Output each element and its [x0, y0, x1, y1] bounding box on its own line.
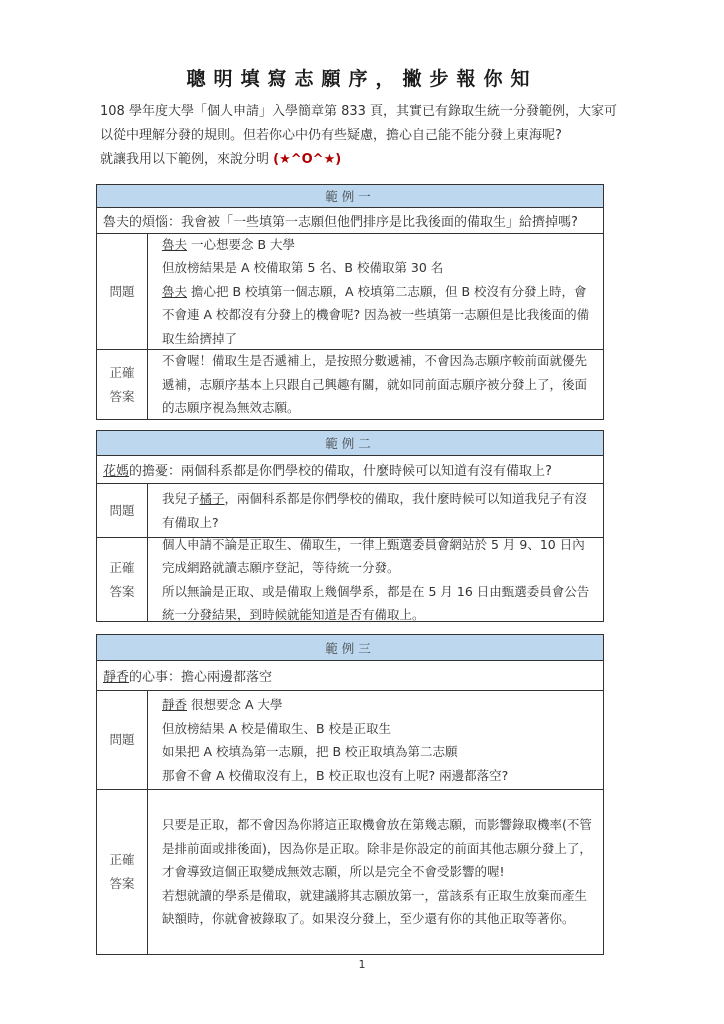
- answer-body: 不會喔！備取生是否遞補上，是按照分數遞補，不會因為志願序較前面就優先遞補，志願序…: [148, 350, 603, 419]
- question-line: 魯夫 擔心把 B 校填第一個志願，A 校填第二志願，但 B 校沒有分發上時，會不…: [162, 280, 597, 351]
- answer-label: 正確 答案: [97, 350, 148, 419]
- question-body: 我兒子橘子，兩個科系都是你們學校的備取，我什麼時候可以知道我兒子有沒有備取上?: [148, 484, 603, 537]
- character-name: 魯夫: [162, 237, 187, 252]
- section-header: 範例二: [97, 431, 603, 456]
- answer-row: 正確 答案 不會喔！備取生是否遞補上，是按照分數遞補，不會因為志願序較前面就優先…: [97, 349, 603, 419]
- answer-label-line-1: 正確: [109, 848, 134, 872]
- page-number: 1: [0, 958, 724, 971]
- answer-body: 只要是正取，都不會因為你將這正取機會放在第幾志願，而影響錄取機率(不管是排前面或…: [148, 790, 603, 954]
- section-subtitle: 花媽的擔憂：兩個科系都是你們學校的備取，什麼時候可以知道有沒有備取上?: [97, 456, 603, 484]
- character-name: 魯夫: [162, 284, 187, 299]
- answer-label-line-1: 正確: [109, 361, 134, 385]
- question-text: 我兒子: [162, 491, 200, 506]
- question-line: 那會不會 A 校備取沒有上，B 校正取也沒有上呢? 兩邊都落空?: [162, 764, 597, 788]
- question-line: 但放榜結果是 A 校備取第 5 名、B 校備取第 30 名: [162, 256, 597, 280]
- question-text: ，兩個科系都是你們學校的備取，我什麼時候可以知道我兒子有沒有備取上?: [162, 491, 587, 530]
- document-title: 聰明填寫志願序，撇步報你知: [0, 64, 724, 91]
- section-subtitle: 靜香的心事：擔心兩邊都落空: [97, 661, 603, 691]
- question-text: 一心想要念 B 大學: [187, 237, 295, 252]
- intro-line-2: 以從中理解分發的規則。但若你心中仍有些疑慮，擔心自己能不能分發上東海呢?: [100, 124, 620, 148]
- intro-line-3: 就讓我用以下範例，來說分明 (★^O^★): [100, 148, 620, 172]
- subtitle-text: 的心事：擔心兩邊都落空: [129, 666, 272, 685]
- question-row: 問題 靜香 很想要念 A 大學 但放榜結果 A 校是備取生、B 校是正取生 如果…: [97, 691, 603, 789]
- question-text: 很想要念 A 大學: [187, 697, 282, 712]
- answer-text: 個人申請不論是正取生、備取生，一律上甄選委員會網站於 5 月 9、10 日內完成…: [162, 533, 597, 580]
- intro-paragraph: 108 學年度大學「個人申請」入學簡章第 833 頁，其實已有錄取生統一分發範例…: [100, 100, 620, 172]
- section-header: 範例三: [97, 635, 603, 661]
- answer-text: 所以無論是正取、或是備取上幾個學系，都是在 5 月 16 日由甄選委員會公告統一…: [162, 580, 597, 627]
- answer-label: 正確 答案: [97, 538, 148, 621]
- answer-label-line-1: 正確: [109, 556, 134, 580]
- question-row: 問題 魯夫 一心想要念 B 大學 但放榜結果是 A 校備取第 5 名、B 校備取…: [97, 234, 603, 349]
- question-body: 魯夫 一心想要念 B 大學 但放榜結果是 A 校備取第 5 名、B 校備取第 3…: [148, 234, 603, 349]
- character-name: 花媽: [103, 460, 129, 479]
- question-body: 靜香 很想要念 A 大學 但放榜結果 A 校是備取生、B 校是正取生 如果把 A…: [148, 691, 603, 789]
- example-section-2: 範例二 花媽的擔憂：兩個科系都是你們學校的備取，什麼時候可以知道有沒有備取上? …: [96, 430, 604, 622]
- question-line: 魯夫 一心想要念 B 大學: [162, 233, 597, 257]
- subtitle-text: 的擔憂：兩個科系都是你們學校的備取，什麼時候可以知道有沒有備取上?: [129, 460, 552, 479]
- section-subtitle: 魯夫的煩惱：我會被「一些填第一志願但他們排序是比我後面的備取生」給擠掉嗎?: [97, 208, 603, 234]
- answer-label: 正確 答案: [97, 790, 148, 954]
- question-line: 如果把 A 校填為第一志願，把 B 校正取填為第二志願: [162, 740, 597, 764]
- question-line: 但放榜結果 A 校是備取生、B 校是正取生: [162, 717, 597, 741]
- section-header: 範例一: [97, 185, 603, 208]
- character-name: 靜香: [162, 697, 187, 712]
- answer-label-line-2: 答案: [109, 385, 134, 409]
- intro-line-1: 108 學年度大學「個人申請」入學簡章第 833 頁，其實已有錄取生統一分發範例…: [100, 100, 620, 124]
- character-name: 橘子: [200, 491, 225, 506]
- example-section-3: 範例三 靜香的心事：擔心兩邊都落空 問題 靜香 很想要念 A 大學 但放榜結果 …: [96, 634, 604, 955]
- question-line: 我兒子橘子，兩個科系都是你們學校的備取，我什麼時候可以知道我兒子有沒有備取上?: [162, 487, 597, 534]
- question-label: 問題: [97, 691, 148, 789]
- question-text: 擔心把 B 校填第一個志願，A 校填第二志願，但 B 校沒有分發上時，會不會連 …: [162, 284, 589, 346]
- intro-line-3-text: 就讓我用以下範例，來說分明: [100, 152, 273, 167]
- question-row: 問題 我兒子橘子，兩個科系都是你們學校的備取，我什麼時候可以知道我兒子有沒有備取…: [97, 484, 603, 537]
- example-section-1: 範例一 魯夫的煩惱：我會被「一些填第一志願但他們排序是比我後面的備取生」給擠掉嗎…: [96, 184, 604, 420]
- answer-label-line-2: 答案: [109, 580, 134, 604]
- answer-text: 若想就讀的學系是備取，就建議將其志願放第一，當該系有正取生放棄而產生缺額時，你就…: [162, 884, 597, 931]
- answer-row: 正確 答案 個人申請不論是正取生、備取生，一律上甄選委員會網站於 5 月 9、1…: [97, 537, 603, 621]
- emoticon: (★^O^★): [273, 152, 341, 167]
- answer-body: 個人申請不論是正取生、備取生，一律上甄選委員會網站於 5 月 9、10 日內完成…: [148, 538, 603, 621]
- question-label: 問題: [97, 484, 148, 537]
- question-label: 問題: [97, 234, 148, 349]
- answer-text: 只要是正取，都不會因為你將這正取機會放在第幾志願，而影響錄取機率(不管是排前面或…: [162, 813, 597, 884]
- character-name: 魯夫: [103, 211, 129, 230]
- question-line: 靜香 很想要念 A 大學: [162, 693, 597, 717]
- character-name: 靜香: [103, 666, 129, 685]
- answer-text: 不會喔！備取生是否遞補上，是按照分數遞補，不會因為志願序較前面就優先遞補，志願序…: [162, 349, 597, 420]
- subtitle-text: 的煩惱：我會被「一些填第一志願但他們排序是比我後面的備取生」給擠掉嗎?: [129, 211, 578, 230]
- answer-label-line-2: 答案: [109, 872, 134, 896]
- answer-row: 正確 答案 只要是正取，都不會因為你將這正取機會放在第幾志願，而影響錄取機率(不…: [97, 789, 603, 954]
